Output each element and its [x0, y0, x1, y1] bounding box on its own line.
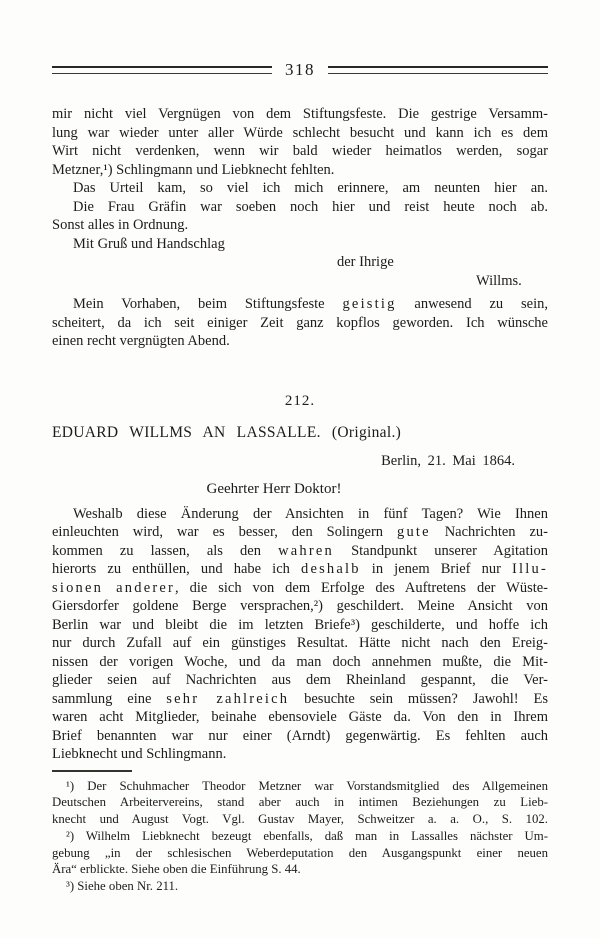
footnote-line: ³) Siehe oben Nr. 211. — [52, 878, 548, 895]
footnote-line: ¹) Der Schuhmacher Theodor Metzner war V… — [52, 778, 548, 795]
text-line: einleuchten wird, war es besser, den Sol… — [52, 523, 548, 542]
text-line: nur durch Zufall auf ein günstiges Resul… — [52, 634, 548, 653]
footnote-line: gebung „in der schlesischen Weberdeputat… — [52, 845, 548, 862]
page-header: 318 — [52, 60, 548, 80]
footnote-1: ¹) Der Schuhmacher Theodor Metzner war V… — [52, 778, 548, 828]
text-line: Liebknecht und Schlingmann. — [52, 745, 548, 764]
letter-paragraph-gruss: Mit Gruß und Handschlag — [52, 235, 548, 254]
header-rule-left — [52, 66, 272, 74]
text-line: Metzner,¹) Schlingmann und Liebknecht fe… — [52, 161, 548, 180]
text-line: lung war wieder unter aller Würde schlec… — [52, 124, 548, 143]
text-column: mir nicht viel Vergnügen von dem Stiftun… — [52, 105, 548, 895]
text-line: waren acht Mitglieder, beinahe ebensovie… — [52, 708, 548, 727]
text-line: glieder seien auf Nachrichten aus dem Rh… — [52, 671, 548, 690]
footnote-separator — [52, 770, 132, 772]
letter-body: Weshalb diese Änderung der Ansichten in … — [52, 505, 548, 764]
text-line: Das Urteil kam, so viel ich mich erinner… — [52, 179, 548, 198]
footnote-3: ³) Siehe oben Nr. 211. — [52, 878, 548, 895]
text-line: Die Frau Gräfin war soeben noch hier und… — [52, 198, 548, 217]
text-line: Wirt nicht verdenken, wenn wir bald wied… — [52, 142, 548, 161]
text-line: Weshalb diese Änderung der Ansichten in … — [52, 505, 548, 524]
text-line: Brief benannten war nur einer (Arndt) ge… — [52, 727, 548, 746]
letter-paragraph-graefin: Die Frau Gräfin war soeben noch hier und… — [52, 198, 548, 235]
letter-heading: EDUARD WILLMS AN LASSALLE. (Original.) — [52, 424, 548, 444]
text-line: sionen anderer, die sich von dem Erfolge… — [52, 579, 548, 598]
text-line: kommen zu lassen, als den wahren Standpu… — [52, 542, 548, 561]
text-line: Mit Gruß und Handschlag — [52, 235, 548, 254]
section-number: 212. — [52, 393, 548, 413]
letter-paragraph-urteil: Das Urteil kam, so viel ich mich erinner… — [52, 179, 548, 198]
salutation: Geehrter Herr Doktor! — [52, 481, 548, 500]
book-page: 318 mir nicht viel Vergnügen von dem Sti… — [0, 0, 600, 938]
letter-signature: Willms. — [52, 272, 548, 291]
text-line: Berlin war und bleibt die im letzten Bri… — [52, 616, 548, 635]
footnote-line: Deutschen Arbeitervereins, stand aber au… — [52, 794, 548, 811]
footnote-line: knecht und August Vogt. Vgl. Gustav Maye… — [52, 811, 548, 828]
dateline: Berlin, 21. Mai 1864. — [52, 453, 548, 472]
footnote-line: Ära“ erblickte. Siehe oben die Einführun… — [52, 861, 548, 878]
text-line: Mein Vorhaben, beim Stiftungsfeste geist… — [52, 295, 548, 314]
text-line: scheitert, da ich seit einiger Zeit ganz… — [52, 314, 548, 333]
letter-paragraph-continuation: mir nicht viel Vergnügen von dem Stiftun… — [52, 105, 548, 179]
footnote-2: ²) Wilhelm Liebknecht bezeugt ebenfalls,… — [52, 828, 548, 878]
letter-closing: der Ihrige — [52, 253, 548, 272]
footnotes: ¹) Der Schuhmacher Theodor Metzner war V… — [52, 778, 548, 896]
text-line: mir nicht viel Vergnügen von dem Stiftun… — [52, 105, 548, 124]
header-rule-right — [328, 66, 548, 74]
letter-postscript: Mein Vorhaben, beim Stiftungsfeste geist… — [52, 295, 548, 351]
text-line: nissen der vorigen Woche, und da man doc… — [52, 653, 548, 672]
text-line: hierorts zu enthüllen, und habe ich desh… — [52, 560, 548, 579]
text-line: Giersdorfer goldene Berge versprachen,²)… — [52, 597, 548, 616]
text-line: Sonst alles in Ordnung. — [52, 216, 548, 235]
page-number: 318 — [285, 60, 315, 80]
footnote-line: ²) Wilhelm Liebknecht bezeugt ebenfalls,… — [52, 828, 548, 845]
text-line: sammlung eine sehr zahlreich besuchte se… — [52, 690, 548, 709]
text-line: einen recht vergnügten Abend. — [52, 332, 548, 351]
